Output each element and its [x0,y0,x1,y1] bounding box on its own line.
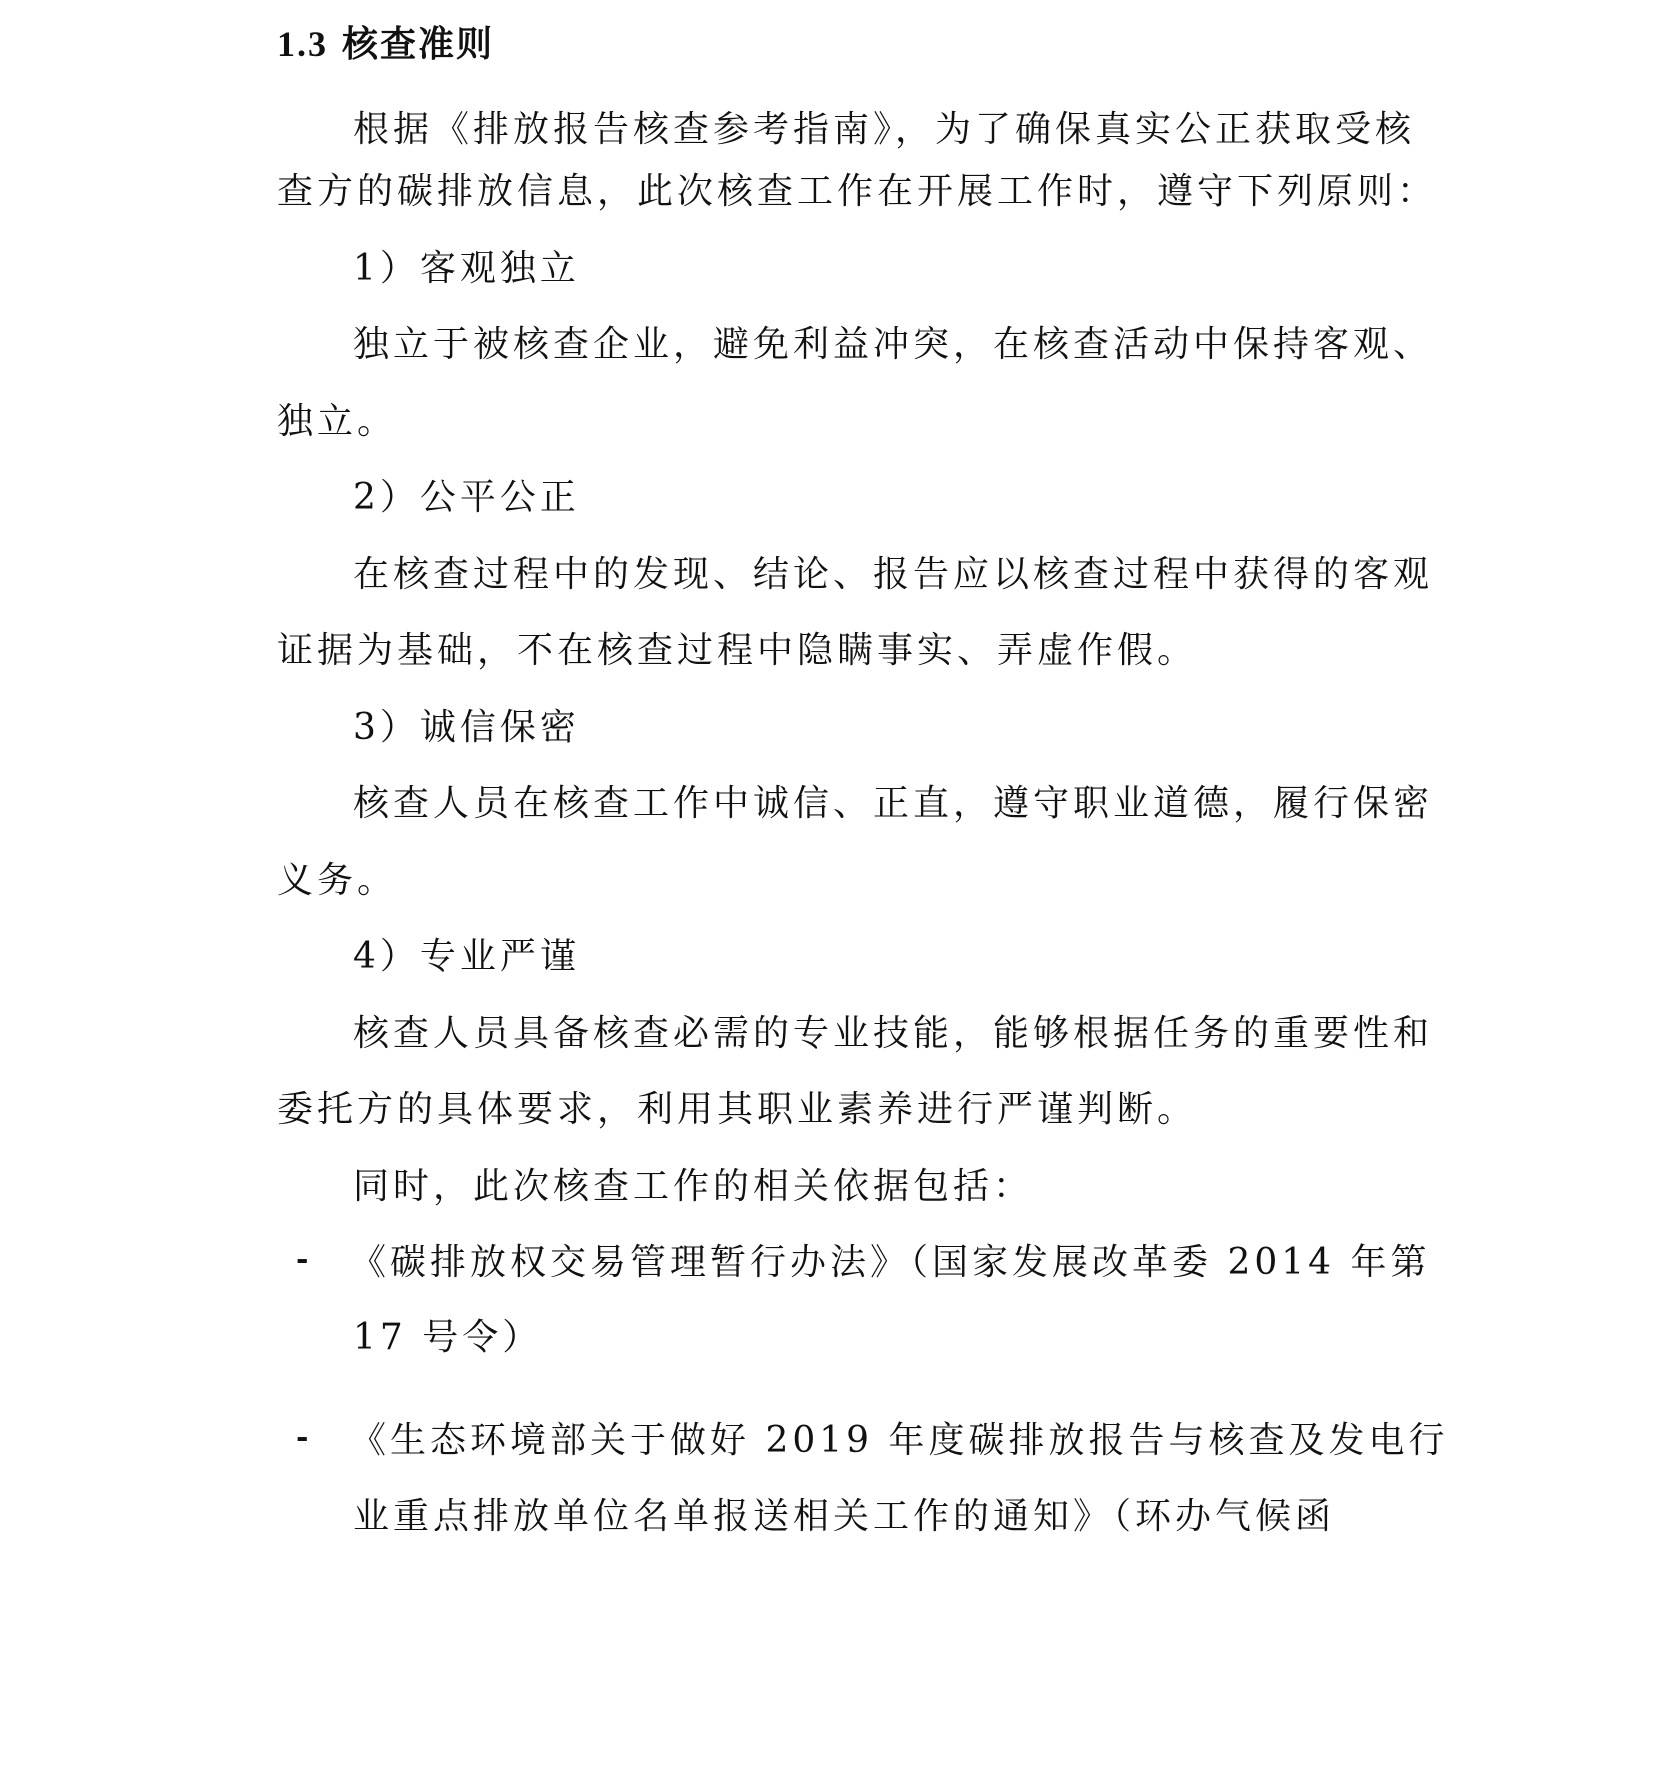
section-title: 核查准则 [342,24,494,65]
principle-1-title: 1）客观独立 [353,249,580,289]
principle-3-title: 3）诚信保密 [353,708,580,748]
principle-2-title: 2）公平公正 [353,478,580,518]
section-heading: 1.3核查准则 [277,22,494,67]
basis-intro: 同时，此次核查工作的相关依据包括： [353,1167,1033,1207]
principle-4-body-2: 委托方的具体要求，利用其职业素养进行严谨判断。 [277,1090,1197,1130]
principle-3-body-2: 义务。 [277,861,397,901]
principle-2-body-2: 证据为基础，不在核查过程中隐瞒事实、弄虚作假。 [277,631,1197,671]
intro-line-2: 查方的碳排放信息，此次核查工作在开展工作时，遵守下列原则： [277,172,1437,212]
principle-4-body-1: 核查人员具备核查必需的专业技能，能够根据任务的重要性和 [353,1014,1433,1054]
intro-line-1: 根据《排放报告核查参考指南》，为了确保真实公正获取受核 [353,110,1415,150]
basis-item-2-line-1: 《生态环境部关于做好 2019 年度碳排放报告与核查及发电行 [350,1421,1449,1461]
principle-1-body-2: 独立。 [277,402,397,442]
section-number: 1.3 [277,24,328,64]
list-bullet-dash: - [296,1242,308,1277]
principle-4-title: 4）专业严谨 [353,937,580,977]
basis-item-1-line-1: 《碳排放权交易管理暂行办法》（国家发展改革委 2014 年第 [350,1243,1431,1283]
document-page: 1.3核查准则 根据《排放报告核查参考指南》，为了确保真实公正获取受核 查方的碳… [0,0,1654,1779]
principle-3-body-1: 核查人员在核查工作中诚信、正直，遵守职业道德，履行保密 [353,784,1433,824]
list-bullet-dash: - [296,1420,308,1455]
basis-item-2-line-2: 业重点排放单位名单报送相关工作的通知》（环办气候函 [353,1497,1335,1537]
principle-2-body-1: 在核查过程中的发现、结论、报告应以核查过程中获得的客观 [353,555,1433,595]
basis-item-1-line-2: 17 号令） [353,1318,542,1358]
principle-1-body-1: 独立于被核查企业，避免利益冲突，在核查活动中保持客观、 [353,325,1433,365]
